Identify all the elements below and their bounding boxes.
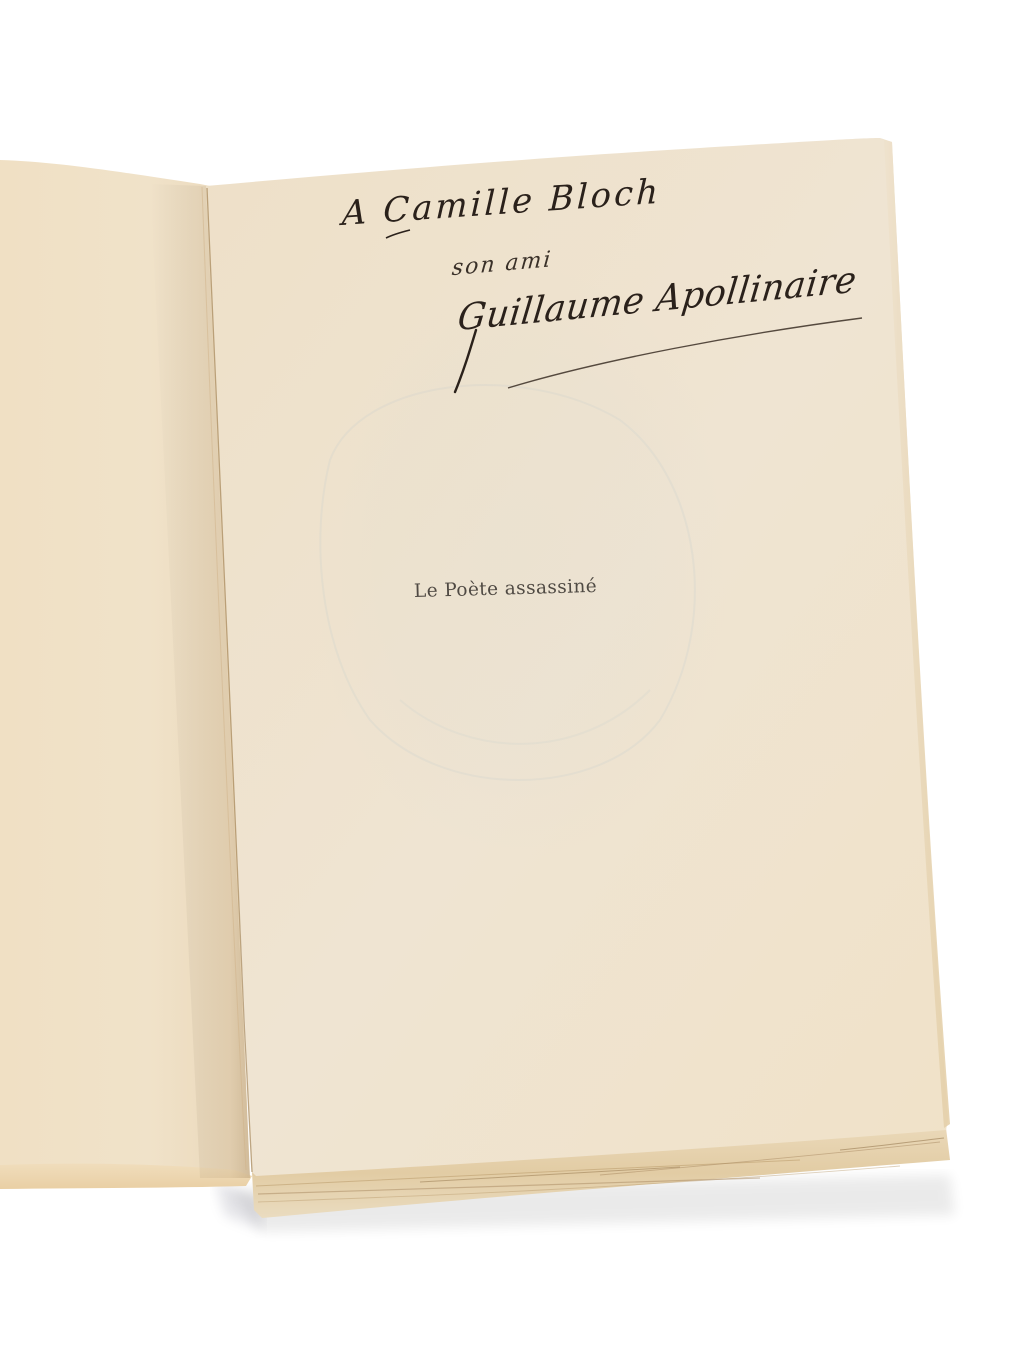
book-photo: A Camille Bloch son ami Guillaume Apolli… — [0, 0, 1024, 1365]
